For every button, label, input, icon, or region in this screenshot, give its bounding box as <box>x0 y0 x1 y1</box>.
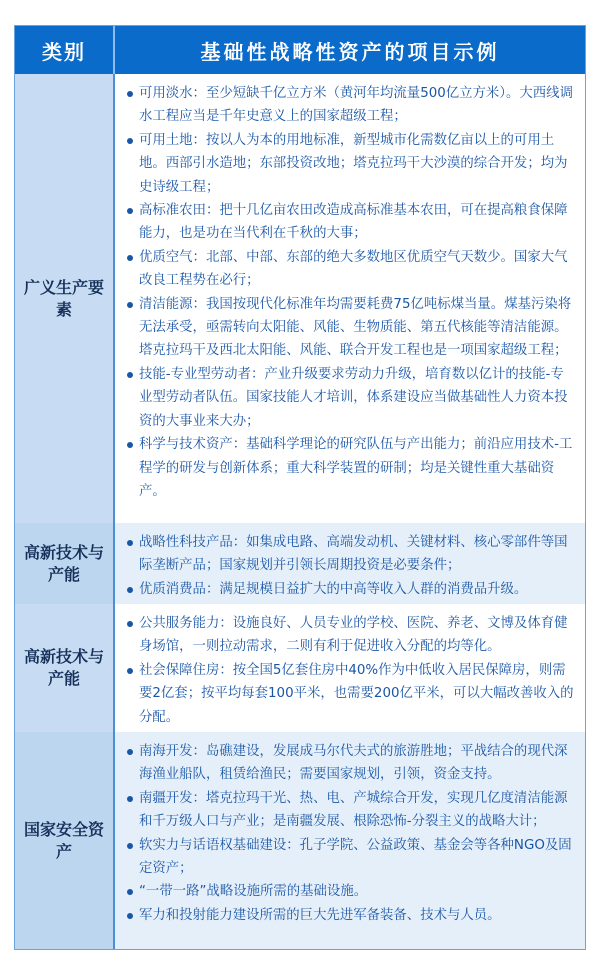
list-item: 南疆开发：塔克拉玛干光、热、电、产城综合开发，实现几亿度清洁能源和千万级人口与产… <box>127 787 577 834</box>
category-cell: 高新技术与产能 <box>15 523 115 604</box>
list-item: 优质空气：北部、中部、东部的绝大多数地区优质空气天数少。国家大气改良工程势在必行… <box>127 246 577 293</box>
list-item: 可用淡水：至少短缺千亿立方米（黄河年均流量500亿立方米）。大西线调水工程应当是… <box>127 82 577 129</box>
table-row: 国家安全资产 南海开发：岛礁建设，发展成马尔代夫式的旅游胜地；平战结合的现代深海… <box>15 732 585 949</box>
strategic-assets-table: 类别 基础性战略性资产的项目示例 广义生产要素 可用淡水：至少短缺千亿立方米（黄… <box>14 25 586 950</box>
list-item: 高标准农田：把十几亿亩农田改造成高标准基本农田，可在提高粮食保障能力，也是功在当… <box>127 199 577 246</box>
list-item: 清洁能源：我国按现代化标准年均需要耗费75亿吨标煤当量。煤基污染将无法承受，亟需… <box>127 293 577 363</box>
list-item: 公共服务能力：设施良好、人员专业的学校、医院、养老、文博及体育健身场馆，一则拉动… <box>127 612 577 659</box>
category-cell: 高新技术与产能 <box>15 604 115 732</box>
items-cell: 可用淡水：至少短缺千亿立方米（黄河年均流量500亿立方米）。大西线调水工程应当是… <box>115 74 585 523</box>
list-item: “一带一路”战略设施所需的基础设施。 <box>127 880 577 903</box>
list-item: 技能-专业型劳动者：产业升级要求劳动力升级，培育数以亿计的技能-专业型劳动者队伍… <box>127 363 577 433</box>
list-item: 优质消费品：满足规模日益扩大的中高等收入人群的消费品升级。 <box>127 578 577 601</box>
list-item: 软实力与话语权基础建设：孔子学院、公益政策、基金会等各种NGO及固定资产； <box>127 834 577 881</box>
list-item: 军力和投射能力建设所需的巨大先进军备装备、技术与人员。 <box>127 904 577 927</box>
header-examples: 基础性战略性资产的项目示例 <box>115 26 585 74</box>
category-cell: 广义生产要素 <box>15 74 115 523</box>
list-item: 南海开发：岛礁建设，发展成马尔代夫式的旅游胜地；平战结合的现代深海渔业船队，租赁… <box>127 740 577 787</box>
items-cell: 南海开发：岛礁建设，发展成马尔代夫式的旅游胜地；平战结合的现代深海渔业船队，租赁… <box>115 732 585 949</box>
table-row: 高新技术与产能 公共服务能力：设施良好、人员专业的学校、医院、养老、文博及体育健… <box>15 604 585 732</box>
category-cell: 国家安全资产 <box>15 732 115 949</box>
header-category: 类别 <box>15 26 115 74</box>
table-header: 类别 基础性战略性资产的项目示例 <box>15 26 585 74</box>
list-item: 可用土地：按以人为本的用地标准，新型城市化需数亿亩以上的可用土地。西部引水造地；… <box>127 129 577 199</box>
items-cell: 战略性科技产品：如集成电路、高端发动机、关键材料、核心零部件等国际垄断产品；国家… <box>115 523 585 604</box>
list-item: 社会保障住房：按全国5亿套住房中40%作为中低收入居民保障房，则需要2亿套；按平… <box>127 659 577 729</box>
items-cell: 公共服务能力：设施良好、人员专业的学校、医院、养老、文博及体育健身场馆，一则拉动… <box>115 604 585 732</box>
list-item: 科学与技术资产：基础科学理论的研究队伍与产出能力；前沿应用技术-工程学的研发与创… <box>127 433 577 503</box>
table-row: 广义生产要素 可用淡水：至少短缺千亿立方米（黄河年均流量500亿立方米）。大西线… <box>15 74 585 523</box>
table-row: 高新技术与产能 战略性科技产品：如集成电路、高端发动机、关键材料、核心零部件等国… <box>15 523 585 604</box>
list-item: 战略性科技产品：如集成电路、高端发动机、关键材料、核心零部件等国际垄断产品；国家… <box>127 531 577 578</box>
